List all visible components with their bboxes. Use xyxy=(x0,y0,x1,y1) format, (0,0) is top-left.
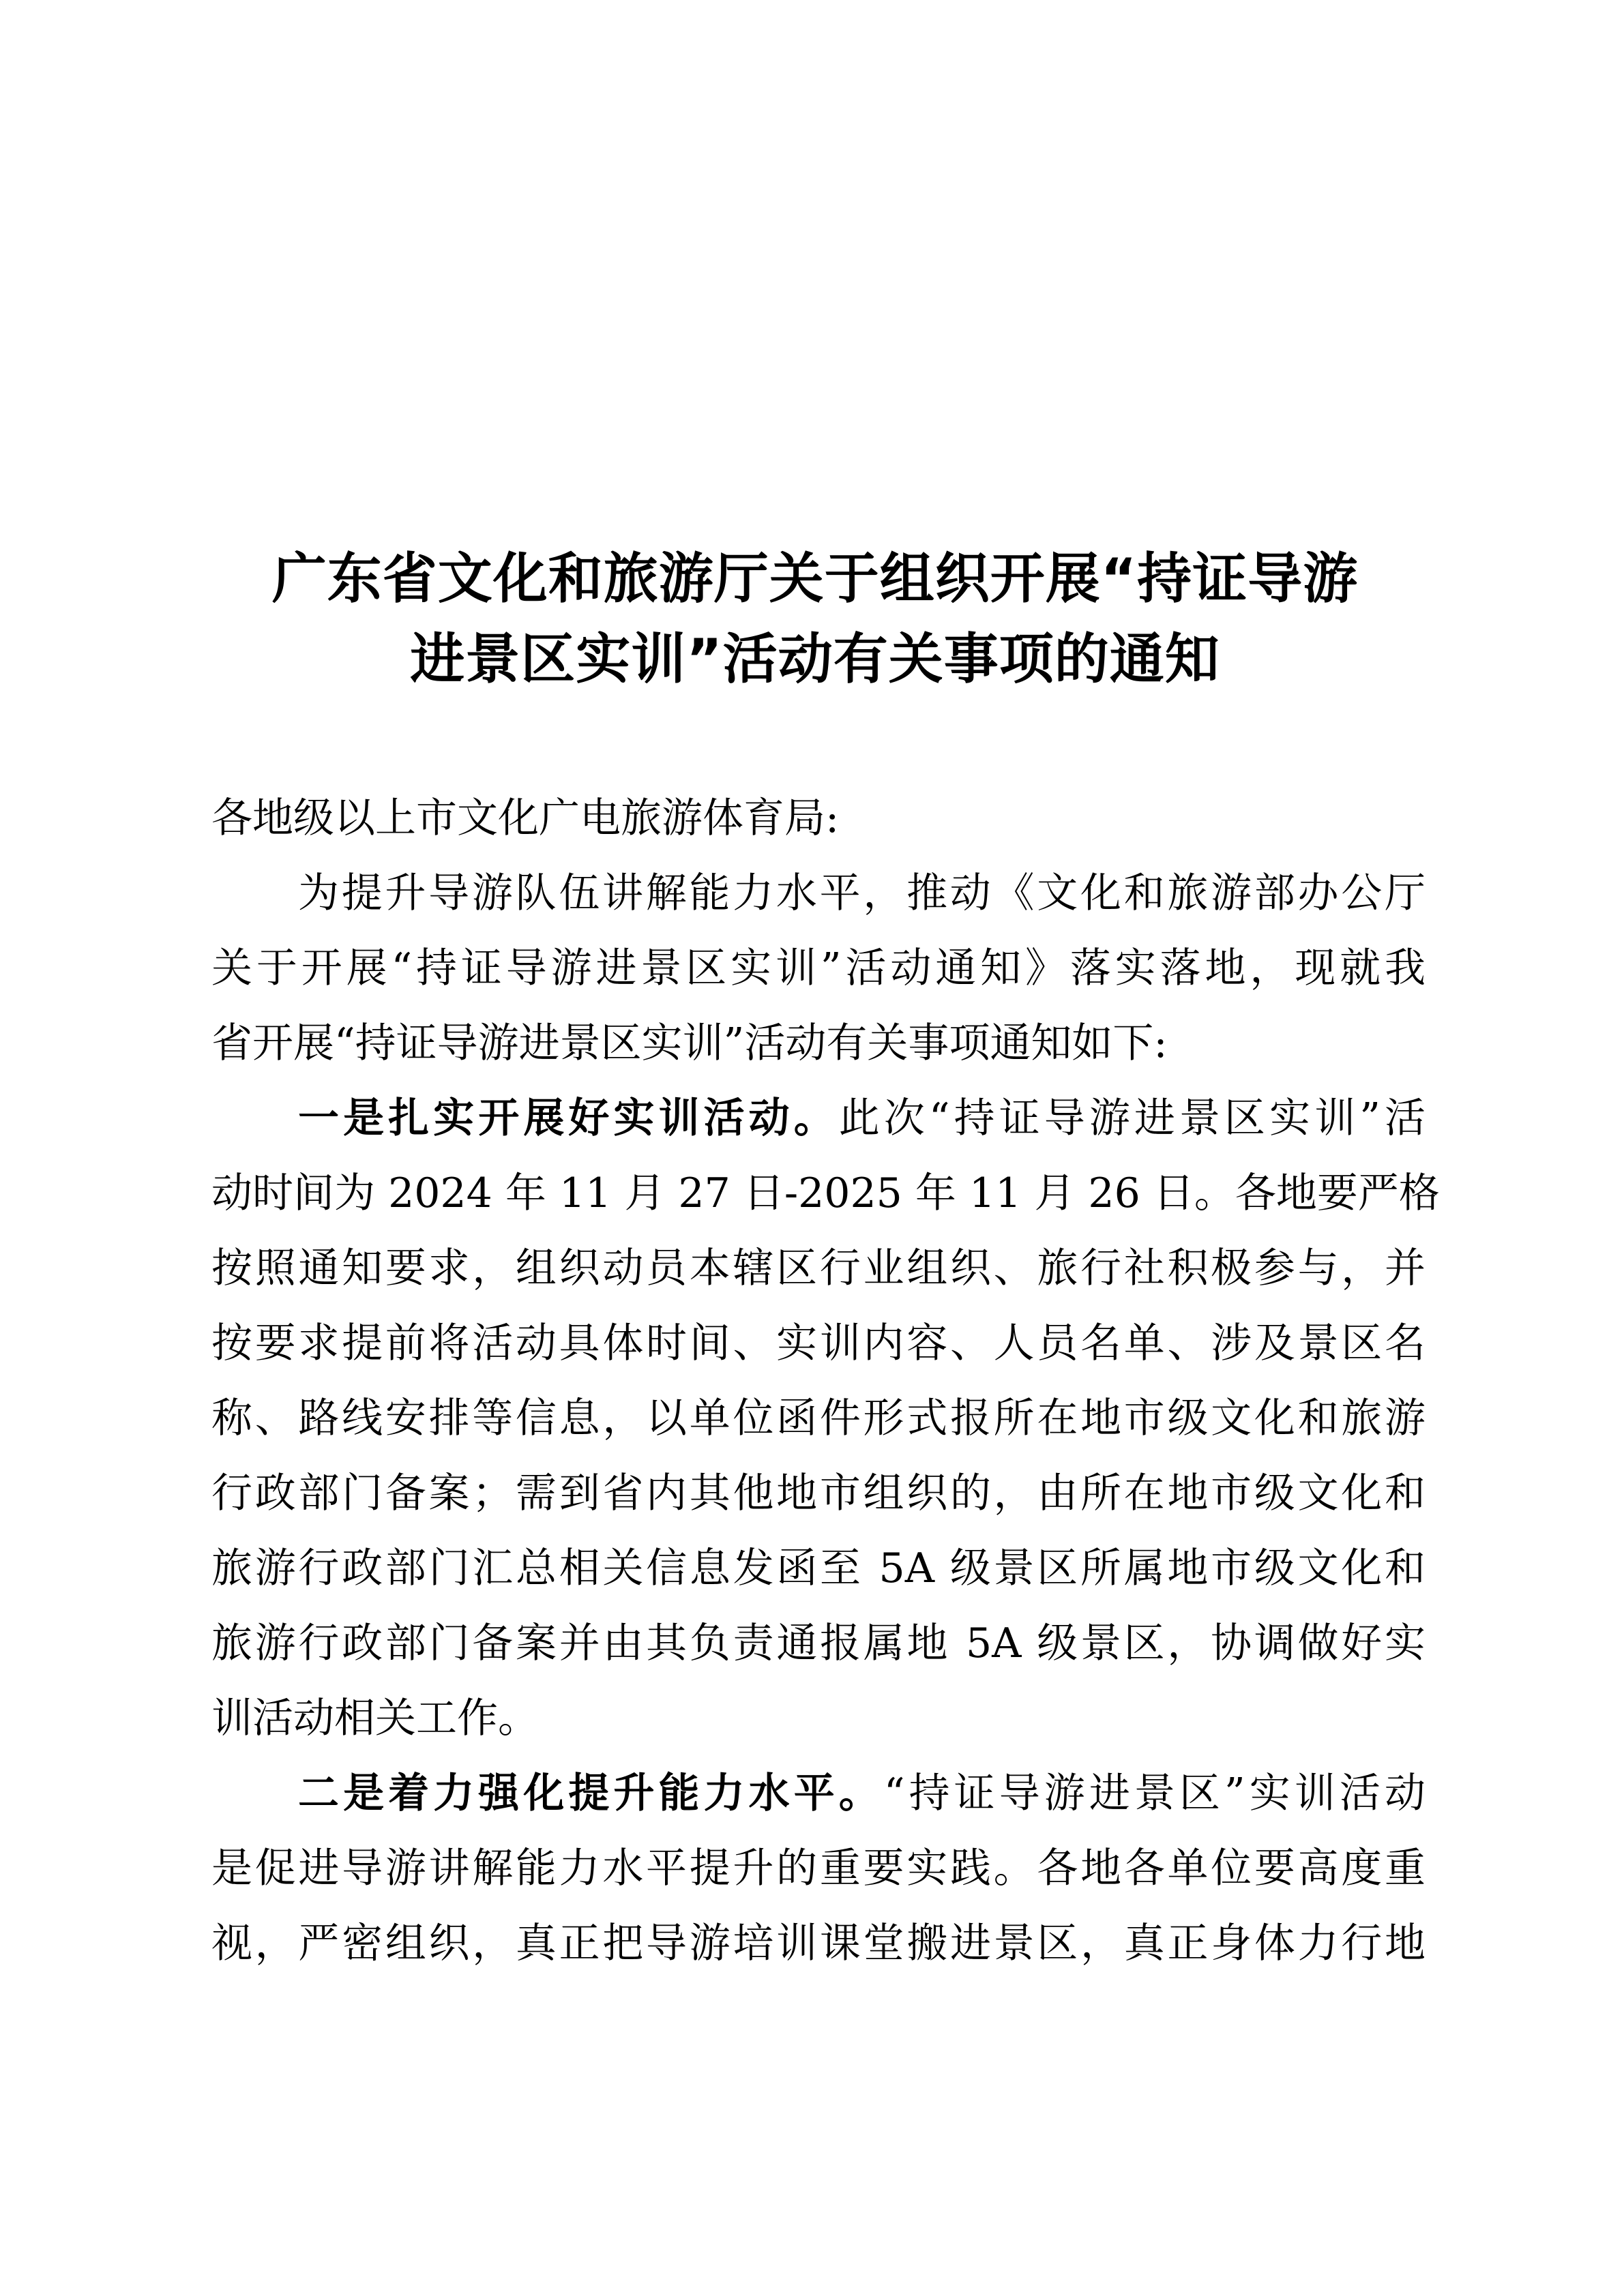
section-2-paragraph: 二是着力强化提升能力水平。“持证导游进景区”实训活动 是促进导游讲解能力水平提升… xyxy=(211,1756,1426,1981)
salutation: 各地级以上市文化广电旅游体育局: xyxy=(211,781,1426,856)
title-line-2: 进景区实训”活动有关事项的通知 xyxy=(205,619,1426,700)
section-2-line-2: 是促进导游讲解能力水平提升的重要实践。各地各单位要高度重 xyxy=(211,1831,1426,1906)
section-1-line-8: 旅游行政部门备案并由其负责通报属地 5A 级景区，协调做好实 xyxy=(211,1606,1426,1681)
section-1-first-line: 一是扎实开展好实训活动。此次“持证导游进景区实训”活 xyxy=(211,1081,1426,1156)
section-1-line-2: 动时间为 2024 年 11 月 27 日-2025 年 11 月 26 日。各… xyxy=(211,1156,1426,1231)
section-1-line-9: 训活动相关工作。 xyxy=(211,1681,1426,1756)
intro-line-2: 关于开展“持证导游进景区实训”活动通知》落实落地，现就我 xyxy=(211,931,1426,1006)
section-2-line-3: 视，严密组织，真正把导游培训课堂搬进景区，真正身体力行地 xyxy=(211,1906,1426,1981)
section-1-line-4: 按要求提前将活动具体时间、实训内容、人员名单、涉及景区名 xyxy=(211,1306,1426,1381)
section-1-heading: 一是扎实开展好实训活动。 xyxy=(298,1094,839,1142)
intro-paragraph: 为提升导游队伍讲解能力水平，推动《文化和旅游部办公厅 关于开展“持证导游进景区实… xyxy=(211,856,1426,1081)
section-1-first-line-rest: 此次“持证导游进景区实训”活 xyxy=(839,1094,1426,1142)
section-1-line-7: 旅游行政部门汇总相关信息发函至 5A 级景区所属地市级文化和 xyxy=(211,1531,1426,1606)
section-1-line-3: 按照通知要求，组织动员本辖区行业组织、旅行社积极参与，并 xyxy=(211,1231,1426,1306)
section-2-first-line-rest: “持证导游进景区”实训活动 xyxy=(884,1770,1426,1817)
title-line-1: 广东省文化和旅游厅关于组织开展“持证导游 xyxy=(205,539,1426,619)
section-1-paragraph: 一是扎实开展好实训活动。此次“持证导游进景区实训”活 动时间为 2024 年 1… xyxy=(211,1081,1426,1756)
document-body: 各地级以上市文化广电旅游体育局: 为提升导游队伍讲解能力水平，推动《文化和旅游部… xyxy=(211,781,1426,1981)
section-1-line-5: 称、路线安排等信息，以单位函件形式报所在地市级文化和旅游 xyxy=(211,1381,1426,1456)
section-2-heading: 二是着力强化提升能力水平。 xyxy=(298,1770,884,1817)
document-page: 广东省文化和旅游厅关于组织开展“持证导游 进景区实训”活动有关事项的通知 各地级… xyxy=(0,0,1624,2296)
intro-line-1: 为提升导游队伍讲解能力水平，推动《文化和旅游部办公厅 xyxy=(211,856,1426,931)
section-1-line-6: 行政部门备案；需到省内其他地市组织的，由所在地市级文化和 xyxy=(211,1456,1426,1531)
document-title: 广东省文化和旅游厅关于组织开展“持证导游 进景区实训”活动有关事项的通知 xyxy=(205,539,1426,700)
section-2-first-line: 二是着力强化提升能力水平。“持证导游进景区”实训活动 xyxy=(211,1756,1426,1831)
intro-line-3: 省开展“持证导游进景区实训”活动有关事项通知如下: xyxy=(211,1006,1426,1081)
